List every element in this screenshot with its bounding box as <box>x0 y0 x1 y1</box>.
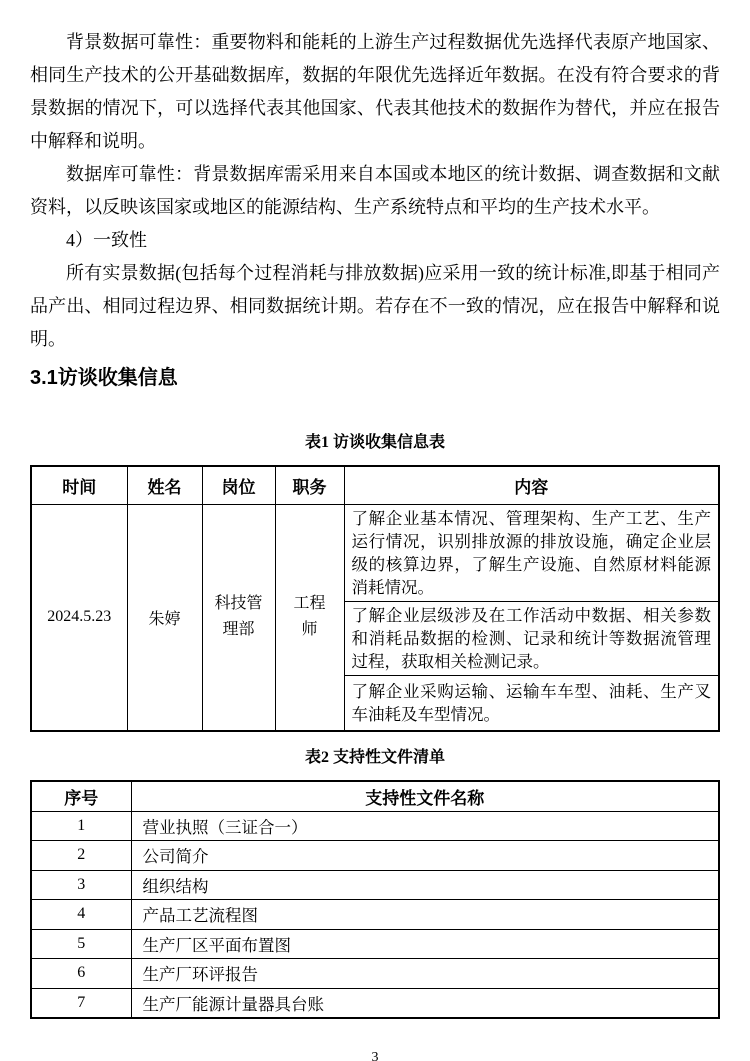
page-number: 3 <box>30 1050 720 1061</box>
paragraph-background-data-reliability: 背景数据可靠性：重要物料和能耗的上游生产过程数据优先选择代表原产地国家、相同生产… <box>30 26 720 158</box>
table1-header-row: 时间 姓名 岗位 职务 内容 <box>31 466 719 504</box>
table2-supporting-documents: 序号 支持性文件名称 1 营业执照（三证合一） 2 公司简介 3 组织结构 4 … <box>30 780 720 1019</box>
paragraph-database-reliability: 数据库可靠性：背景数据库需采用来自本国或本地区的统计数据、调查数据和文献资料，以… <box>30 158 720 224</box>
table1-header-position: 岗位 <box>202 466 275 504</box>
table2-cell-doc-name: 生产厂区平面布置图 <box>131 929 719 959</box>
table1-header-job-title: 职务 <box>275 466 344 504</box>
table2-cell-no: 3 <box>31 870 131 900</box>
table1-cell-department: 科技管理部 <box>202 504 275 731</box>
section-heading: 3.1访谈收集信息 <box>30 365 720 391</box>
table1-cell-content-2: 了解企业层级涉及在工作活动中数据、相关参数和消耗品数据的检测、记录和统计等数据流… <box>344 601 719 675</box>
table1-header-time: 时间 <box>31 466 127 504</box>
table1-title: 表1 访谈收集信息表 <box>30 433 720 453</box>
table2-cell-no: 2 <box>31 841 131 871</box>
table1-interview-info: 时间 姓名 岗位 职务 内容 2024.5.23 朱婷 科技管理部 工程师 了解… <box>30 465 720 732</box>
table2-header-row: 序号 支持性文件名称 <box>31 781 719 811</box>
table2-header-no: 序号 <box>31 781 131 811</box>
table2-row: 3 组织结构 <box>31 870 719 900</box>
document-page: 背景数据可靠性：重要物料和能耗的上游生产过程数据优先选择代表原产地国家、相同生产… <box>0 0 750 1061</box>
table2-cell-doc-name: 生产厂环评报告 <box>131 959 719 989</box>
table1-cell-time: 2024.5.23 <box>31 504 127 731</box>
table2-header-doc-name: 支持性文件名称 <box>131 781 719 811</box>
table1-row: 2024.5.23 朱婷 科技管理部 工程师 了解企业基本情况、管理架构、生产工… <box>31 504 719 601</box>
table2-cell-no: 6 <box>31 959 131 989</box>
table2-row: 6 生产厂环评报告 <box>31 959 719 989</box>
table2-cell-doc-name: 公司简介 <box>131 841 719 871</box>
table2-row: 2 公司简介 <box>31 841 719 871</box>
table1-cell-content-3: 了解企业采购运输、运输车车型、油耗、生产叉车油耗及车型情况。 <box>344 675 719 731</box>
table2-cell-doc-name: 营业执照（三证合一） <box>131 811 719 841</box>
table2-row: 4 产品工艺流程图 <box>31 900 719 930</box>
table2-row: 1 营业执照（三证合一） <box>31 811 719 841</box>
table2-cell-no: 1 <box>31 811 131 841</box>
table1-header-name: 姓名 <box>127 466 202 504</box>
table2-cell-doc-name: 生产厂能源计量器具台账 <box>131 988 719 1018</box>
table2-row: 7 生产厂能源计量器具台账 <box>31 988 719 1018</box>
table2-cell-doc-name: 产品工艺流程图 <box>131 900 719 930</box>
table1-cell-job-title: 工程师 <box>275 504 344 731</box>
table2-cell-no: 5 <box>31 929 131 959</box>
table2-cell-doc-name: 组织结构 <box>131 870 719 900</box>
table1-cell-name: 朱婷 <box>127 504 202 731</box>
table2-title: 表2 支持性文件清单 <box>30 748 720 768</box>
table1-cell-content-1: 了解企业基本情况、管理架构、生产工艺、生产运行情况，识别排放源的排放设施，确定企… <box>344 504 719 601</box>
table2-cell-no: 7 <box>31 988 131 1018</box>
table2-cell-no: 4 <box>31 900 131 930</box>
table2-row: 5 生产厂区平面布置图 <box>31 929 719 959</box>
table1-header-content: 内容 <box>344 466 719 504</box>
paragraph-consistency-detail: 所有实景数据(包括每个过程消耗与排放数据)应采用一致的统计标准,即基于相同产品产… <box>30 257 720 356</box>
paragraph-consistency-label: 4）一致性 <box>30 224 720 257</box>
